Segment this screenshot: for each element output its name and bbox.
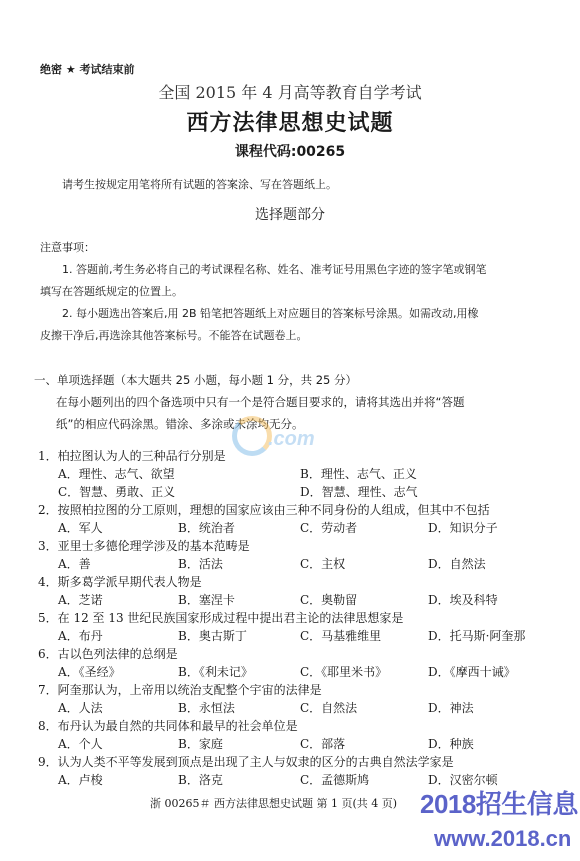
- q5-option-c: C．马基雅维里: [300, 627, 381, 644]
- q4-option-a: A．芝诺: [58, 591, 103, 608]
- q3-option-c: C．主权: [300, 555, 345, 572]
- note-2-line-2: 皮擦干净后,再选涂其他答案标号。不能答在试题卷上。: [40, 327, 308, 343]
- question-5: 5．在 12 至 13 世纪民族国家形成过程中提出君主论的法律思想家是: [38, 609, 403, 626]
- q2-option-d: D．知识分子: [428, 519, 498, 536]
- q2-option-b: B．统治者: [178, 519, 235, 536]
- logo-ring-icon: [232, 416, 272, 456]
- q9-option-a: A．卢梭: [58, 771, 103, 788]
- question-6: 6．古以色列法律的总纲是: [38, 645, 178, 662]
- question-8: 8．布丹认为最自然的共同体和最早的社会单位是: [38, 717, 298, 734]
- watermark-site-name: 2018招生信息网: [420, 784, 580, 821]
- page-title: 西方法律思想史试题: [0, 106, 580, 137]
- q6-option-a: A．《圣经》: [58, 663, 121, 680]
- note-1-line-1: 1. 答题前,考生务必将自己的考试课程名称、姓名、准考证号用黑色字迹的签字笔或钢…: [62, 261, 487, 277]
- q2-option-a: A．军人: [58, 519, 103, 536]
- q1-option-c: C．智慧、勇敢、正义: [58, 483, 175, 500]
- exam-name: 全国 2015 年 4 月高等教育自学考试: [0, 80, 580, 103]
- q1-option-d: D．智慧、理性、志气: [300, 483, 418, 500]
- page-footer: 浙 00265＃ 西方法律思想史试题 第 1 页(共 4 页): [150, 795, 397, 811]
- question-2: 2．按照柏拉图的分工原则，理想的国家应该由三种不同身份的人组成，但其中不包括: [38, 501, 490, 518]
- q5-option-d: D．托马斯·阿奎那: [428, 627, 525, 644]
- q8-option-b: B．家庭: [178, 735, 223, 752]
- question-9: 9．认为人类不平等发展到顶点是出现了主人与奴隶的区分的古典自然法学家是: [38, 753, 454, 770]
- part1-desc-line-1: 在每小题列出的四个备选项中只有一个是符合题目要求的，请将其选出并将“答题: [56, 394, 464, 410]
- q5-option-b: B．奥古斯丁: [178, 627, 247, 644]
- notes-heading: 注意事项：: [40, 239, 95, 255]
- q7-option-c: C．自然法: [300, 699, 357, 716]
- logo-text: .com: [268, 428, 315, 451]
- answer-instruction: 请考生按规定用笔将所有试题的答案涂、写在答题纸上。: [62, 176, 337, 192]
- q8-option-a: A．个人: [58, 735, 103, 752]
- q5-option-a: A．布丹: [58, 627, 103, 644]
- q7-option-a: A．人法: [58, 699, 103, 716]
- part1-heading: 一、单项选择题（本大题共 25 小题，每小题 1 分，共 25 分）: [34, 372, 357, 388]
- q6-option-d: D．《摩西十诫》: [428, 663, 516, 680]
- q7-option-d: D．神法: [428, 699, 474, 716]
- q3-option-a: A．善: [58, 555, 91, 572]
- question-4: 4．斯多葛学派早期代表人物是: [38, 573, 202, 590]
- q9-option-c: C．孟德斯鸠: [300, 771, 369, 788]
- q8-option-d: D．种族: [428, 735, 474, 752]
- q1-option-b: B．理性、志气、正义: [300, 465, 417, 482]
- q1-option-a: A．理性、志气、欲望: [58, 465, 175, 482]
- note-2-line-1: 2. 每小题选出答案后,用 2B 铅笔把答题纸上对应题目的答案标号涂黑。如需改动…: [62, 305, 479, 321]
- question-3: 3．亚里士多德伦理学涉及的基本范畴是: [38, 537, 250, 554]
- watermark-logo: .com: [210, 414, 320, 454]
- q4-option-b: B．塞涅卡: [178, 591, 235, 608]
- q4-option-c: C．奥勒留: [300, 591, 357, 608]
- question-7: 7．阿奎那认为，上帝用以统治支配整个宇宙的法律是: [38, 681, 322, 698]
- q3-option-d: D．自然法: [428, 555, 486, 572]
- watermark-site-url: www.2018.cn: [434, 826, 571, 852]
- q6-option-c: C．《耶里米书》: [300, 663, 387, 680]
- course-code: 课程代码:00265: [0, 141, 580, 161]
- q2-option-c: C．劳动者: [300, 519, 357, 536]
- q6-option-b: B．《利未记》: [178, 663, 253, 680]
- q8-option-c: C．部落: [300, 735, 345, 752]
- confidential-label: 绝密 ★ 考试结束前: [40, 61, 135, 77]
- q9-option-b: B．洛克: [178, 771, 223, 788]
- q3-option-b: B．活法: [178, 555, 223, 572]
- section-title: 选择题部分: [0, 204, 580, 224]
- q7-option-b: B．永恒法: [178, 699, 235, 716]
- note-1-line-2: 填写在答题纸规定的位置上。: [40, 283, 183, 299]
- question-1: 1．柏拉图认为人的三种品行分别是: [38, 447, 226, 464]
- q4-option-d: D．埃及科特: [428, 591, 498, 608]
